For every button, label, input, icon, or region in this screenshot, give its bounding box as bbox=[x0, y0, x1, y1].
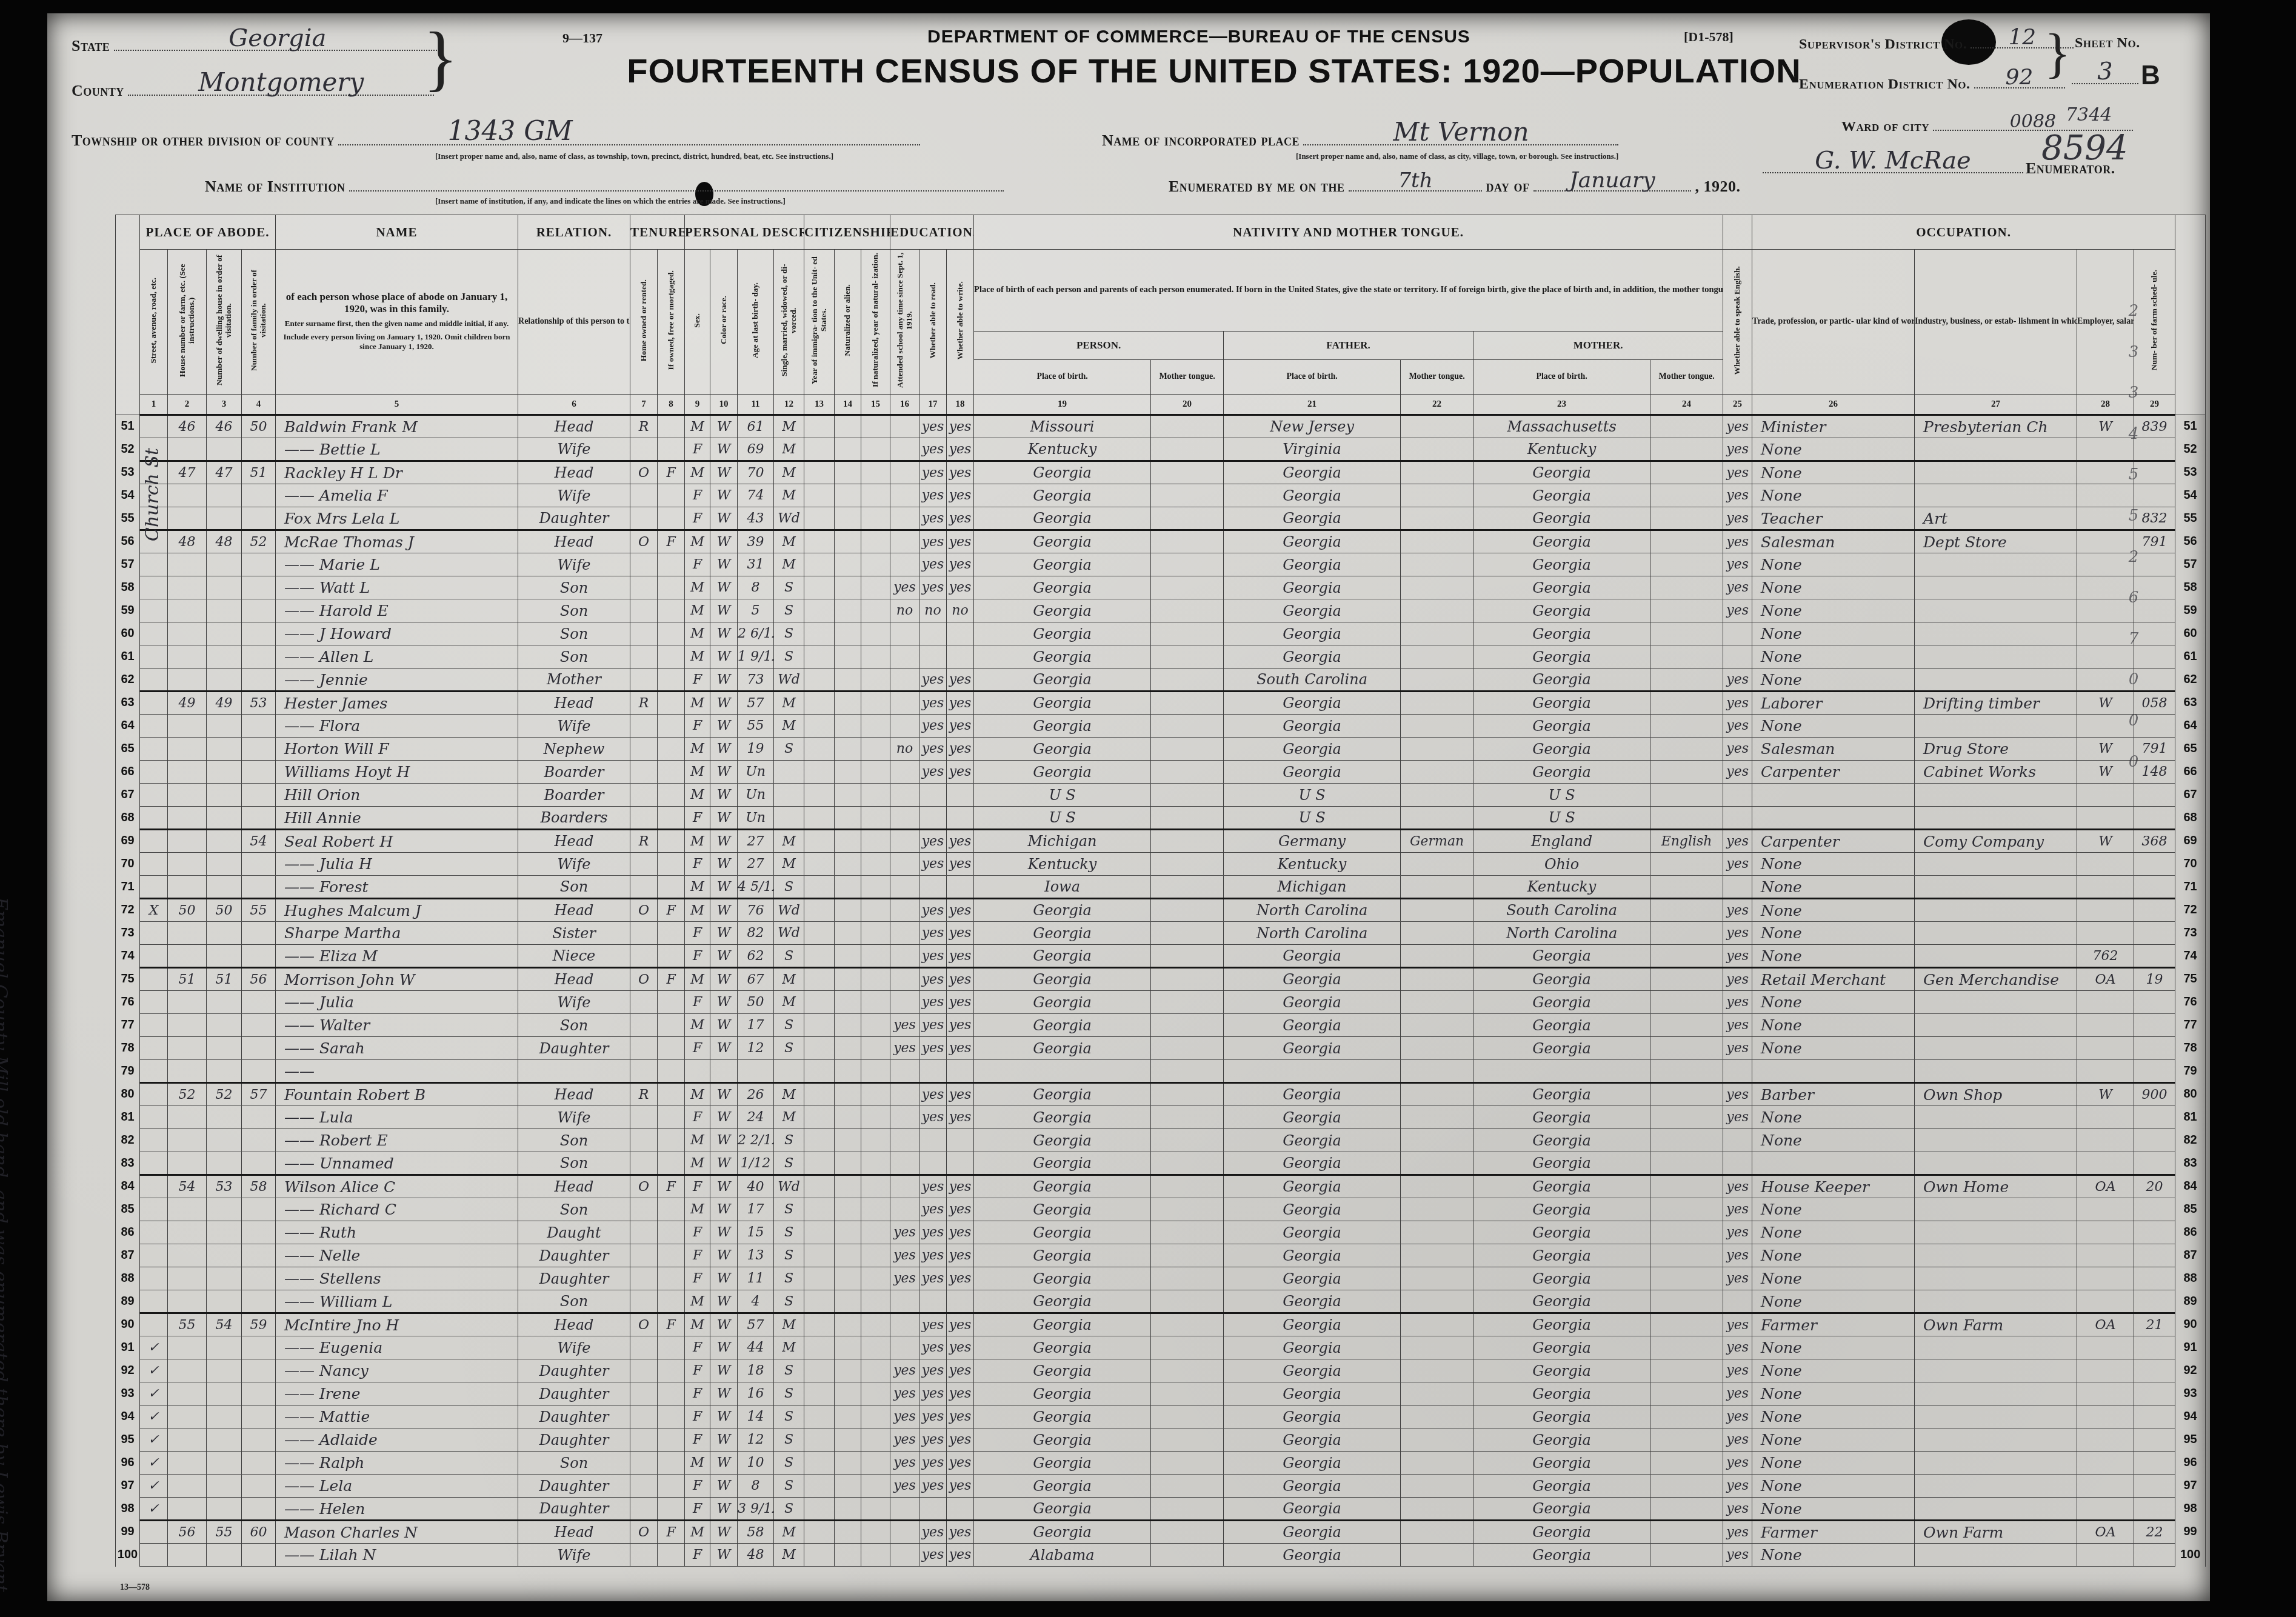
cell-st: ✓ bbox=[140, 1429, 168, 1452]
cell-wr: yes bbox=[947, 1244, 974, 1267]
cell-em bbox=[2077, 1244, 2134, 1267]
cell-sc bbox=[890, 1060, 919, 1083]
cell-nm: —— Mattie bbox=[276, 1405, 518, 1429]
cell-h bbox=[168, 1405, 207, 1429]
cell-mb: Kentucky bbox=[1473, 438, 1650, 461]
cell-c14 bbox=[835, 876, 861, 899]
cell-rel: Mother bbox=[518, 668, 630, 692]
cell-c15 bbox=[861, 1060, 890, 1083]
column-vertical-label: House number or farm, etc. (See instruct… bbox=[178, 252, 196, 388]
cell-ms: M bbox=[774, 1083, 804, 1106]
census-row: 52—— Bettie LWifeFW69MyesyesKentuckyVirg… bbox=[116, 438, 2206, 461]
line-number-right: 78 bbox=[2175, 1037, 2206, 1060]
cell-h bbox=[168, 484, 207, 507]
cell-ft bbox=[1401, 991, 1473, 1014]
cell-nm: McRae Thomas J bbox=[276, 530, 518, 553]
cell-fb: Georgia bbox=[1224, 1336, 1401, 1359]
cell-c13 bbox=[804, 945, 835, 968]
column-description-m: If owned, free or mortgaged. bbox=[658, 250, 685, 395]
form-header: State Georgia County Montgomery } 9—137 … bbox=[47, 13, 2210, 215]
cell-h bbox=[168, 1290, 207, 1313]
cell-mb: Georgia bbox=[1473, 1498, 1650, 1521]
cell-sc: no bbox=[890, 599, 919, 622]
cell-sx: F bbox=[685, 1336, 710, 1359]
cell-c: W bbox=[710, 461, 738, 484]
cell-mb: Georgia bbox=[1473, 461, 1650, 484]
cell-bp: Georgia bbox=[974, 1221, 1151, 1244]
cell-c: W bbox=[710, 784, 738, 807]
cell-c: W bbox=[710, 484, 738, 507]
cell-bp: Georgia bbox=[974, 645, 1151, 668]
cell-c: W bbox=[710, 438, 738, 461]
cell-em bbox=[2077, 991, 2134, 1014]
cell-c14 bbox=[835, 1475, 861, 1498]
cell-mt bbox=[1151, 415, 1224, 438]
cell-c: W bbox=[710, 599, 738, 622]
cell-wr: yes bbox=[947, 991, 974, 1014]
cell-h bbox=[168, 438, 207, 461]
cell-o bbox=[630, 1129, 658, 1152]
column-description-ms: Single, married, widowed, or di- vorced. bbox=[774, 250, 804, 395]
cell-bp: U S bbox=[974, 807, 1151, 830]
cell-o: R bbox=[630, 830, 658, 853]
census-row: 88—— StellensDaughterFW11SyesyesyesGeorg… bbox=[116, 1267, 2206, 1290]
census-row: 94✓—— MattieDaughterFW14SyesyesyesGeorgi… bbox=[116, 1405, 2206, 1429]
cell-nm: —— Unnamed bbox=[276, 1152, 518, 1175]
cell-ft bbox=[1401, 1106, 1473, 1129]
cell-sc bbox=[890, 507, 919, 530]
cell-mb: South Carolina bbox=[1473, 899, 1650, 922]
cell-sx: M bbox=[685, 692, 710, 715]
incorporated-place-value: Mt Vernon bbox=[1303, 117, 1618, 147]
cell-c13 bbox=[804, 1498, 835, 1521]
cell-mtg bbox=[1650, 1313, 1723, 1336]
cell-ms: S bbox=[774, 1452, 804, 1475]
cell-en: yes bbox=[1723, 1244, 1752, 1267]
cell-c13 bbox=[804, 1429, 835, 1452]
cell-rel: Daughter bbox=[518, 1475, 630, 1498]
cell-m bbox=[658, 1198, 685, 1221]
cell-mb: Georgia bbox=[1473, 645, 1650, 668]
cell-nm: Hester James bbox=[276, 692, 518, 715]
census-row: 95✓—— AdlaideDaughterFW12SyesyesyesGeorg… bbox=[116, 1429, 2206, 1452]
cell-mtg bbox=[1650, 553, 1723, 576]
cell-ft bbox=[1401, 1060, 1473, 1083]
cell-fb: Georgia bbox=[1224, 645, 1401, 668]
cell-fb: Georgia bbox=[1224, 1405, 1401, 1429]
cell-c15 bbox=[861, 738, 890, 761]
cell-in: Drug Store bbox=[1915, 738, 2077, 761]
census-row: 58—— Watt LSonMW8SyesyesyesGeorgiaGeorgi… bbox=[116, 576, 2206, 599]
line-number-right: 73 bbox=[2175, 922, 2206, 945]
cell-c13 bbox=[804, 668, 835, 692]
census-row: 80525257Fountain Robert BHeadRMW26Myesye… bbox=[116, 1083, 2206, 1106]
cell-sc bbox=[890, 853, 919, 876]
cell-sc bbox=[890, 1106, 919, 1129]
cell-o: R bbox=[630, 1083, 658, 1106]
cell-mb: Georgia bbox=[1473, 1083, 1650, 1106]
line-number-left: 97 bbox=[116, 1475, 140, 1498]
cell-c13 bbox=[804, 1244, 835, 1267]
column-number: 27 bbox=[1915, 395, 2077, 415]
cell-ag: 55 bbox=[738, 715, 774, 738]
line-number-left: 65 bbox=[116, 738, 140, 761]
cell-sc bbox=[890, 1152, 919, 1175]
cell-m bbox=[658, 1452, 685, 1475]
cell-fs: 22 bbox=[2134, 1521, 2175, 1544]
cell-sx: F bbox=[685, 1244, 710, 1267]
cell-en: yes bbox=[1723, 438, 1752, 461]
cell-rd bbox=[919, 1290, 947, 1313]
cell-oc: None bbox=[1752, 945, 1915, 968]
cell-bp: Georgia bbox=[974, 899, 1151, 922]
cell-bp: Georgia bbox=[974, 1429, 1151, 1452]
census-row: 56484852McRae Thomas JHeadOFMW39MyesyesG… bbox=[116, 530, 2206, 553]
cell-f bbox=[242, 1382, 276, 1405]
column-number: 10 bbox=[710, 395, 738, 415]
cell-ag: 43 bbox=[738, 507, 774, 530]
cell-c: W bbox=[710, 1129, 738, 1152]
cell-h: 54 bbox=[168, 1175, 207, 1198]
cell-rd: yes bbox=[919, 853, 947, 876]
cell-mtg bbox=[1650, 1405, 1723, 1429]
cell-c15 bbox=[861, 1498, 890, 1521]
cell-mb: Georgia bbox=[1473, 692, 1650, 715]
cell-en: yes bbox=[1723, 899, 1752, 922]
cell-em: OA bbox=[2077, 1521, 2134, 1544]
cell-m bbox=[658, 576, 685, 599]
cell-ag: 12 bbox=[738, 1429, 774, 1452]
cell-h: 51 bbox=[168, 968, 207, 991]
cell-sx: F bbox=[685, 1106, 710, 1129]
census-row: 90555459McIntire Jno HHeadOFMW57MyesyesG… bbox=[116, 1313, 2206, 1336]
cell-em bbox=[2077, 853, 2134, 876]
cell-o bbox=[630, 1221, 658, 1244]
cell-o bbox=[630, 1498, 658, 1521]
cell-st: ✓ bbox=[140, 1475, 168, 1498]
cell-o bbox=[630, 1405, 658, 1429]
cell-in bbox=[1915, 1244, 2077, 1267]
cell-en bbox=[1723, 1129, 1752, 1152]
cell-c13 bbox=[804, 1014, 835, 1037]
cell-mt bbox=[1151, 922, 1224, 945]
cell-mtg: English bbox=[1650, 830, 1723, 853]
cell-sx: M bbox=[685, 899, 710, 922]
cell-in bbox=[1915, 807, 2077, 830]
cell-oc: None bbox=[1752, 438, 1915, 461]
cell-o bbox=[630, 1452, 658, 1475]
cell-d bbox=[207, 1429, 242, 1452]
census-row: 51464650Baldwin Frank MHeadRMW61MyesyesM… bbox=[116, 415, 2206, 438]
line-number-left: 59 bbox=[116, 599, 140, 622]
cell-bp: Georgia bbox=[974, 1290, 1151, 1313]
column-description-in: Industry, business, or estab- lishment i… bbox=[1915, 250, 2077, 395]
column-description-c15: If naturalized, year of natural- ization… bbox=[861, 250, 890, 395]
cell-c: W bbox=[710, 553, 738, 576]
census-row: 64—— FloraWifeFW55MyesyesGeorgiaGeorgiaG… bbox=[116, 715, 2206, 738]
cell-h bbox=[168, 1106, 207, 1129]
cell-c14 bbox=[835, 945, 861, 968]
cell-nm: —— Flora bbox=[276, 715, 518, 738]
cell-rd: yes bbox=[919, 1198, 947, 1221]
sheet-label: Sheet No. bbox=[2075, 35, 2140, 51]
line-number-right: 89 bbox=[2175, 1290, 2206, 1313]
cell-en: yes bbox=[1723, 968, 1752, 991]
cell-mb: Georgia bbox=[1473, 1198, 1650, 1221]
cell-o bbox=[630, 1544, 658, 1567]
line-number-left: 61 bbox=[116, 645, 140, 668]
cell-mtg bbox=[1650, 1336, 1723, 1359]
census-row: 75515156Morrison John WHeadOFMW67Myesyes… bbox=[116, 968, 2206, 991]
line-number-right: 56 bbox=[2175, 530, 2206, 553]
cell-h bbox=[168, 668, 207, 692]
cell-ag: 5 bbox=[738, 599, 774, 622]
cell-fs: 20 bbox=[2134, 1175, 2175, 1198]
township-underline: 1343 GM bbox=[338, 128, 920, 145]
cell-em bbox=[2077, 1014, 2134, 1037]
cell-h bbox=[168, 830, 207, 853]
census-row: 83—— UnnamedSonMW1/12SGeorgiaGeorgiaGeor… bbox=[116, 1152, 2206, 1175]
cell-bp: Georgia bbox=[974, 507, 1151, 530]
cell-mt bbox=[1151, 507, 1224, 530]
group-header: PERSONAL DESCRIPTION. bbox=[685, 215, 804, 250]
supervisor-district-label: Supervisor's District No. bbox=[1799, 36, 1967, 52]
cell-c: W bbox=[710, 1313, 738, 1336]
cell-mt bbox=[1151, 622, 1224, 645]
cell-sx: F bbox=[685, 1359, 710, 1382]
cell-c: W bbox=[710, 761, 738, 784]
cell-nm: Mason Charles N bbox=[276, 1521, 518, 1544]
line-number-right: 76 bbox=[2175, 991, 2206, 1014]
cell-ag: 24 bbox=[738, 1106, 774, 1129]
line-number-right: 96 bbox=[2175, 1452, 2206, 1475]
cell-sx: F bbox=[685, 1175, 710, 1198]
cell-o: O bbox=[630, 968, 658, 991]
cell-st bbox=[140, 1060, 168, 1083]
cell-nm: —— Amelia F bbox=[276, 484, 518, 507]
cell-c13 bbox=[804, 761, 835, 784]
supervisor-district-field: Supervisor's District No. 12 bbox=[1799, 32, 2074, 53]
cell-bp: Georgia bbox=[974, 599, 1151, 622]
line-number-left: 80 bbox=[116, 1083, 140, 1106]
cell-ms: S bbox=[774, 645, 804, 668]
cell-c14 bbox=[835, 1359, 861, 1382]
cell-o bbox=[630, 668, 658, 692]
cell-in: Own Farm bbox=[1915, 1313, 2077, 1336]
cell-mt bbox=[1151, 1221, 1224, 1244]
cell-sx: F bbox=[685, 507, 710, 530]
cell-em bbox=[2077, 1060, 2134, 1083]
cell-en: yes bbox=[1723, 576, 1752, 599]
cell-c13 bbox=[804, 1359, 835, 1382]
column-vertical-label: If owned, free or mortgaged. bbox=[667, 270, 676, 370]
cell-oc: None bbox=[1752, 1244, 1915, 1267]
cell-en: yes bbox=[1723, 1083, 1752, 1106]
cell-o: O bbox=[630, 1313, 658, 1336]
nativity-subcolumn: Mother tongue. bbox=[1401, 359, 1473, 394]
cell-mtg bbox=[1650, 622, 1723, 645]
cell-in bbox=[1915, 1037, 2077, 1060]
cell-bp: Georgia bbox=[974, 991, 1151, 1014]
cell-fs bbox=[2134, 1290, 2175, 1313]
cell-rd: yes bbox=[919, 415, 947, 438]
line-number-left: 51 bbox=[116, 415, 140, 438]
form-foot-code: 13—578 bbox=[120, 1583, 150, 1593]
cell-ag: 82 bbox=[738, 922, 774, 945]
cell-c13 bbox=[804, 1336, 835, 1359]
cell-f bbox=[242, 876, 276, 899]
cell-d bbox=[207, 807, 242, 830]
cell-c13 bbox=[804, 784, 835, 807]
line-number-right: 77 bbox=[2175, 1014, 2206, 1037]
column-vertical-label: If naturalized, year of natural- ization… bbox=[871, 253, 880, 387]
cell-ft bbox=[1401, 530, 1473, 553]
cell-m: F bbox=[658, 1313, 685, 1336]
cell-mt bbox=[1151, 1244, 1224, 1267]
county-label: County bbox=[72, 82, 124, 99]
census-row: 78—— SarahDaughterFW12SyesyesyesGeorgiaG… bbox=[116, 1037, 2206, 1060]
column-description-nm: of each person whose place of abode on J… bbox=[276, 250, 518, 395]
cell-mtg bbox=[1650, 1152, 1723, 1175]
cell-ms: M bbox=[774, 530, 804, 553]
cell-mtg bbox=[1650, 945, 1723, 968]
cell-oc: None bbox=[1752, 1452, 1915, 1475]
cell-em: OA bbox=[2077, 1175, 2134, 1198]
cell-fb: Georgia bbox=[1224, 599, 1401, 622]
cell-c15 bbox=[861, 484, 890, 507]
cell-wr: yes bbox=[947, 1083, 974, 1106]
cell-c14 bbox=[835, 438, 861, 461]
cell-mtg bbox=[1650, 1244, 1723, 1267]
cell-ft bbox=[1401, 1475, 1473, 1498]
cell-f bbox=[242, 1452, 276, 1475]
cell-c14 bbox=[835, 1037, 861, 1060]
cell-sx: M bbox=[685, 1521, 710, 1544]
cell-d bbox=[207, 1544, 242, 1567]
cell-sx: F bbox=[685, 991, 710, 1014]
cell-c13 bbox=[804, 692, 835, 715]
cell-sx: M bbox=[685, 461, 710, 484]
sheet-underline: 3 bbox=[2072, 67, 2138, 84]
cell-ag: 2 2/12 bbox=[738, 1129, 774, 1152]
cell-wr: yes bbox=[947, 715, 974, 738]
cell-sc bbox=[890, 415, 919, 438]
cell-rd: yes bbox=[919, 968, 947, 991]
cell-f bbox=[242, 1405, 276, 1429]
cell-sc bbox=[890, 807, 919, 830]
column-number: 13 bbox=[804, 395, 835, 415]
cell-bp: Georgia bbox=[974, 553, 1151, 576]
cell-h bbox=[168, 784, 207, 807]
cell-f bbox=[242, 991, 276, 1014]
cell-oc: None bbox=[1752, 1359, 1915, 1382]
cell-en: yes bbox=[1723, 1198, 1752, 1221]
cell-mt bbox=[1151, 991, 1224, 1014]
cell-h bbox=[168, 1037, 207, 1060]
census-row: 93✓—— IreneDaughterFW16SyesyesyesGeorgia… bbox=[116, 1382, 2206, 1405]
cell-o bbox=[630, 438, 658, 461]
cell-ag: 13 bbox=[738, 1244, 774, 1267]
cell-m bbox=[658, 438, 685, 461]
cell-rd: yes bbox=[919, 1359, 947, 1382]
cell-nm: —— Harold E bbox=[276, 599, 518, 622]
nativity-subcolumn: Place of birth. bbox=[1473, 359, 1650, 394]
cell-mb: Kentucky bbox=[1473, 876, 1650, 899]
cell-in: Art bbox=[1915, 507, 2077, 530]
cell-f bbox=[242, 484, 276, 507]
cell-d bbox=[207, 484, 242, 507]
cell-nm: Morrison John W bbox=[276, 968, 518, 991]
cell-h bbox=[168, 576, 207, 599]
cell-oc: None bbox=[1752, 1290, 1915, 1313]
cell-d bbox=[207, 853, 242, 876]
cell-c13 bbox=[804, 1083, 835, 1106]
cell-fb: Georgia bbox=[1224, 1129, 1401, 1152]
cell-o bbox=[630, 922, 658, 945]
cell-c: W bbox=[710, 945, 738, 968]
cell-f bbox=[242, 438, 276, 461]
cell-oc: None bbox=[1752, 715, 1915, 738]
cell-oc: Salesman bbox=[1752, 530, 1915, 553]
cell-mb: England bbox=[1473, 830, 1650, 853]
county-underline: Montgomery bbox=[128, 79, 434, 96]
cell-fs bbox=[2134, 876, 2175, 899]
census-row: 87—— NelleDaughterFW13SyesyesyesGeorgiaG… bbox=[116, 1244, 2206, 1267]
cell-ag: 27 bbox=[738, 853, 774, 876]
cell-rd: yes bbox=[919, 1037, 947, 1060]
cell-c14 bbox=[835, 761, 861, 784]
cell-ms: S bbox=[774, 576, 804, 599]
cell-rel: Daughter bbox=[518, 1429, 630, 1452]
cell-mt bbox=[1151, 438, 1224, 461]
cell-mtg bbox=[1650, 1221, 1723, 1244]
cell-ag: 76 bbox=[738, 899, 774, 922]
cell-st bbox=[140, 1313, 168, 1336]
cell-mb: U S bbox=[1473, 807, 1650, 830]
cell-c14 bbox=[835, 715, 861, 738]
cell-c: W bbox=[710, 738, 738, 761]
cell-m bbox=[658, 991, 685, 1014]
line-number-left: 73 bbox=[116, 922, 140, 945]
group-header: CITIZENSHIP. bbox=[804, 215, 890, 250]
cell-d bbox=[207, 1014, 242, 1037]
cell-in bbox=[1915, 1382, 2077, 1405]
cell-in: Gen Merchandise bbox=[1915, 968, 2077, 991]
cell-rd: yes bbox=[919, 507, 947, 530]
cell-ag: 19 bbox=[738, 738, 774, 761]
cell-ft bbox=[1401, 1498, 1473, 1521]
cell-ms: S bbox=[774, 1475, 804, 1498]
header-brace: } bbox=[423, 22, 458, 95]
cell-o bbox=[630, 991, 658, 1014]
cell-c: W bbox=[710, 1475, 738, 1498]
cell-f bbox=[242, 1014, 276, 1037]
cell-fb: Georgia bbox=[1224, 1152, 1401, 1175]
state-field: State Georgia bbox=[72, 34, 441, 55]
cell-wr: no bbox=[947, 599, 974, 622]
cell-c13 bbox=[804, 1175, 835, 1198]
cell-en: yes bbox=[1723, 668, 1752, 692]
cell-in bbox=[1915, 484, 2077, 507]
cell-ms bbox=[774, 784, 804, 807]
cell-m bbox=[658, 1060, 685, 1083]
township-value: 1343 GM bbox=[338, 116, 920, 147]
line-number-left: 93 bbox=[116, 1382, 140, 1405]
cell-sc: no bbox=[890, 738, 919, 761]
cell-wr bbox=[947, 645, 974, 668]
cell-rel: Son bbox=[518, 645, 630, 668]
cell-rd bbox=[919, 876, 947, 899]
